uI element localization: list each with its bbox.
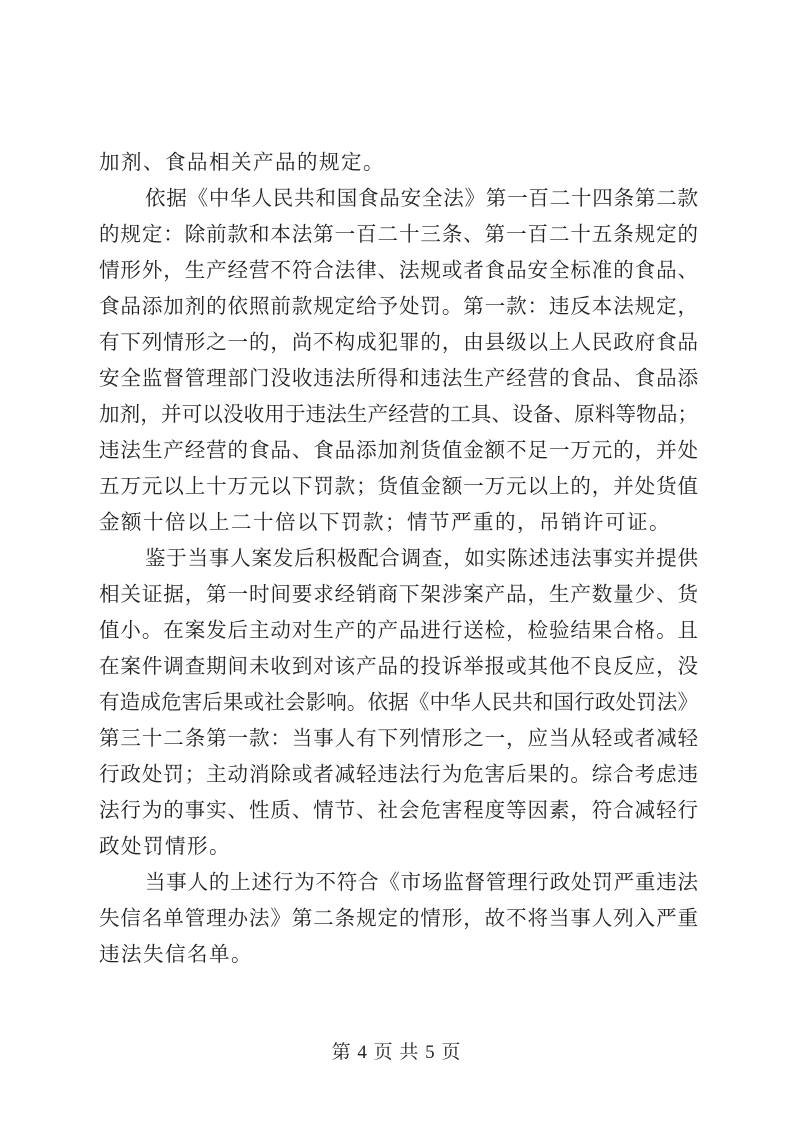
text-line: 加剂、食品相关产品的规定。	[99, 145, 698, 181]
text-line: 在案件调查期间未收到对该产品的投诉举报或其他不良反应，没	[99, 649, 698, 685]
text-line: 金额十倍以上二十倍以下罚款；情节严重的，吊销许可证。	[99, 505, 698, 541]
page-footer: 第 4 页 共 5 页	[0, 1038, 793, 1068]
text-line: 食品添加剂的依照前款规定给予处罚。第一款：违反本法规定，	[99, 289, 698, 325]
document-body: 加剂、食品相关产品的规定。依据《中华人民共和国食品安全法》第一百二十四条第二款的…	[99, 145, 698, 973]
text-line: 依据《中华人民共和国食品安全法》第一百二十四条第二款	[99, 181, 698, 217]
text-line: 五万元以上十万元以下罚款；货值金额一万元以上的，并处货值	[99, 469, 698, 505]
text-line: 违法生产经营的食品、食品添加剂货值金额不足一万元的，并处	[99, 433, 698, 469]
text-line: 有下列情形之一的，尚不构成犯罪的，由县级以上人民政府食品	[99, 325, 698, 361]
text-line: 情形外，生产经营不符合法律、法规或者食品安全标准的食品、	[99, 253, 698, 289]
text-line: 法行为的事实、性质、情节、社会危害程度等因素，符合减轻行	[99, 793, 698, 829]
text-line: 第三十二条第一款：当事人有下列情形之一，应当从轻或者减轻	[99, 721, 698, 757]
text-line: 值小。在案发后主动对生产的产品进行送检，检验结果合格。且	[99, 613, 698, 649]
text-line: 行政处罚；主动消除或者减轻违法行为危害后果的。综合考虑违	[99, 757, 698, 793]
document-page: 加剂、食品相关产品的规定。依据《中华人民共和国食品安全法》第一百二十四条第二款的…	[0, 0, 793, 1122]
text-line: 鉴于当事人案发后积极配合调查，如实陈述违法事实并提供	[99, 541, 698, 577]
text-line: 失信名单管理办法》第二条规定的情形，故不将当事人列入严重	[99, 901, 698, 937]
text-line: 违法失信名单。	[99, 937, 698, 973]
text-line: 的规定：除前款和本法第一百二十三条、第一百二十五条规定的	[99, 217, 698, 253]
text-line: 安全监督管理部门没收违法所得和违法生产经营的食品、食品添	[99, 361, 698, 397]
text-line: 政处罚情形。	[99, 829, 698, 865]
text-line: 有造成危害后果或社会影响。依据《中华人民共和国行政处罚法》	[99, 685, 698, 721]
text-line: 当事人的上述行为不符合《市场监督管理行政处罚严重违法	[99, 865, 698, 901]
text-line: 相关证据，第一时间要求经销商下架涉案产品，生产数量少、货	[99, 577, 698, 613]
text-line: 加剂，并可以没收用于违法生产经营的工具、设备、原料等物品；	[99, 397, 698, 433]
